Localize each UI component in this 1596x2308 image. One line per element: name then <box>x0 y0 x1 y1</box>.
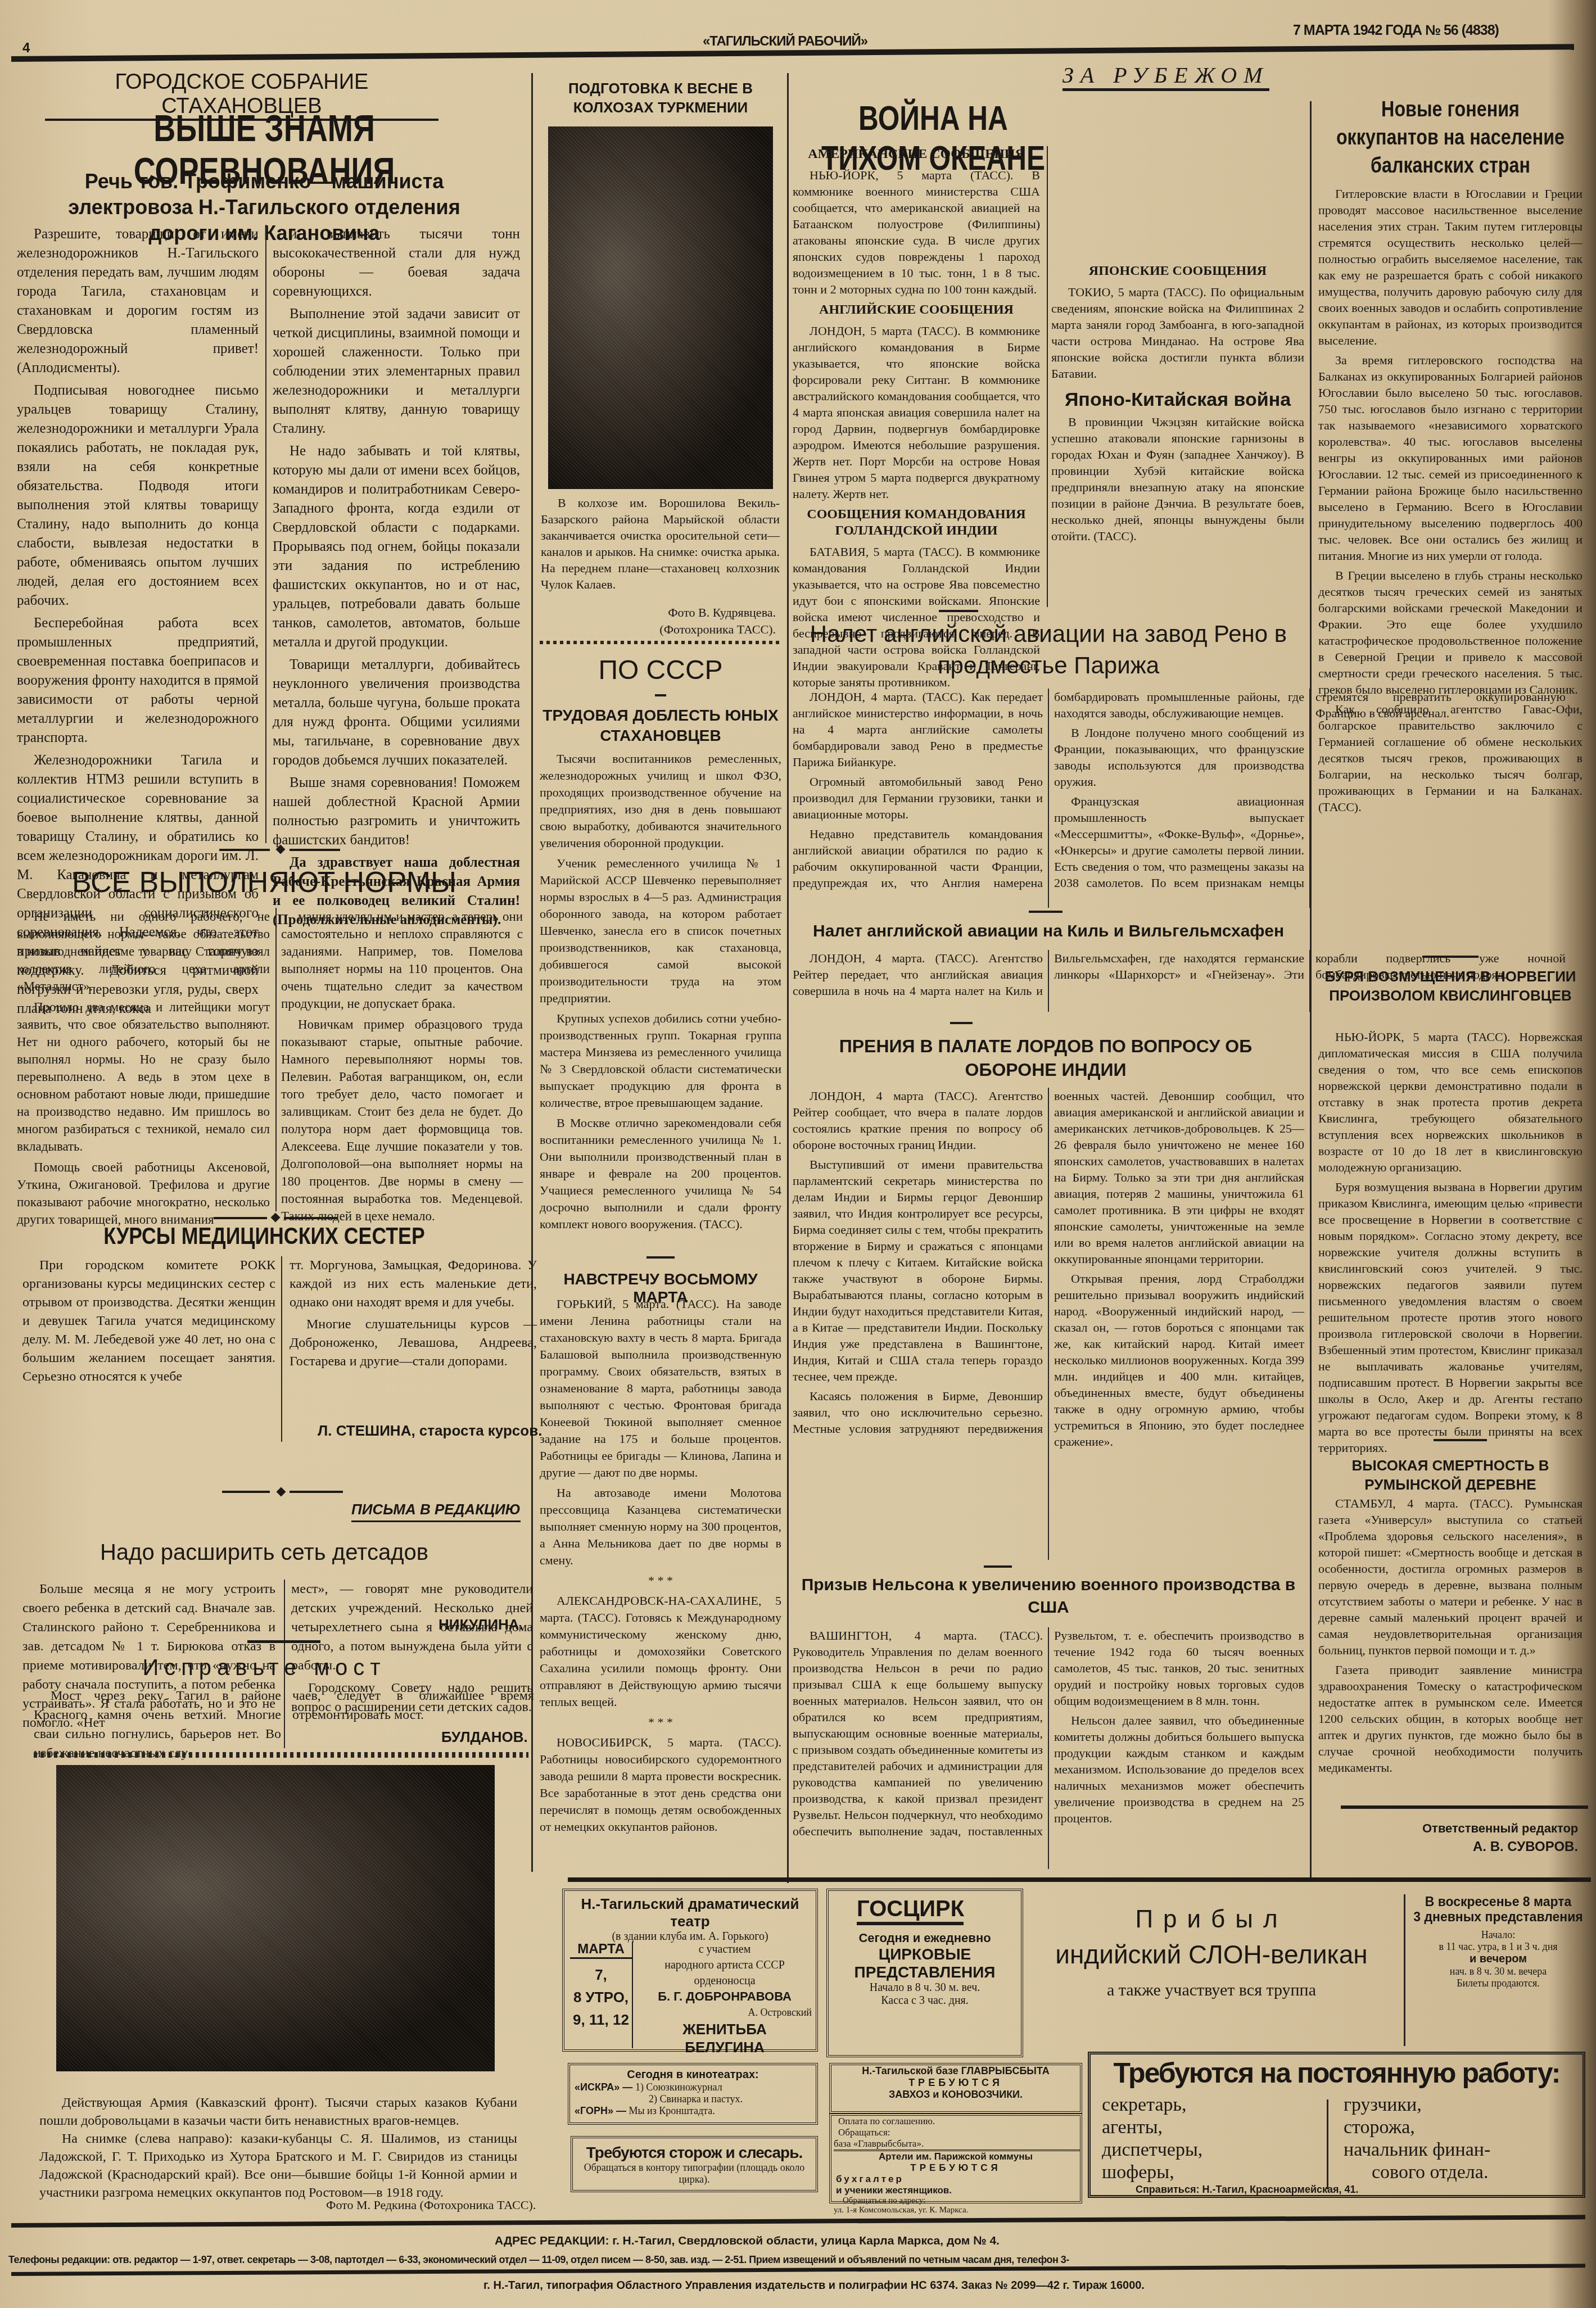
job-item: сторожа, <box>1344 2116 1580 2139</box>
paragraph: Выступивший от имени правительства парла… <box>793 1156 1043 1384</box>
paragraph: ТОКИО, 5 марта (ТАСС). По официальным св… <box>1051 284 1304 382</box>
separator <box>1434 1439 1487 1441</box>
ad-line: с участием <box>638 1942 812 1957</box>
headline: Призыв Нельсона к увеличению военного пр… <box>793 1574 1304 1619</box>
ad-watchman: Требуются сторож и слесарь. Обращаться в… <box>571 2136 818 2192</box>
rubric-letters: ПИСЬМА В РЕДАКЦИЮ <box>351 1501 521 1522</box>
ad-line: нач. в 8 ч. 30 м. вечера <box>1408 1966 1588 1977</box>
headline: Налет английской авиации на Киль и Вильг… <box>793 922 1304 941</box>
paragraph: Мост через реку Тагил в районе Красного … <box>34 1686 281 1763</box>
article-body: Не иметь ни одного рабочего, не выполняю… <box>17 908 270 1232</box>
footer-imprint: г. Н.-Тагил, типография Областного Управ… <box>483 2279 1145 2292</box>
article-body: ВАШИНГТОН, 4 марта. (ТАСС). Руководитель… <box>793 1627 1304 1869</box>
separator <box>950 1022 973 1024</box>
job-item: шоферы, <box>1102 2161 1327 2184</box>
separator <box>655 694 666 696</box>
paragraph: тт. Моргунова, Замыцкая, Федоринова. У к… <box>290 1256 537 1312</box>
job-item: агенты, <box>1102 2116 1327 2139</box>
ad-title: Н.-Тагильский драматический театр <box>564 1895 816 1930</box>
separator <box>1422 956 1479 958</box>
paragraph: Газета приводит заявление министра здрав… <box>1318 1662 1583 1776</box>
ad-film: Мы из Кронштадта. <box>629 2105 715 2116</box>
ad-contact: Справиться: Н.-Тагил, Красноармейская, 4… <box>1136 2184 1359 2196</box>
divider <box>787 73 789 1883</box>
ad-jobs-left: секретарь, агенты, диспетчеры, шоферы, <box>1102 2094 1327 2184</box>
ad-sunday: В воскресенье 8 марта 3 дневных представ… <box>1408 1894 1588 1989</box>
ad-circus: ГОСЦИРК Сегодня и ежедневно ЦИРКОВЫЕ ПРЕ… <box>826 1889 1023 2057</box>
paragraph: СТАМБУЛ, 4 марта. (ТАСС). Румынская газе… <box>1318 1495 1583 1658</box>
ad-author: А. Островский <box>638 2004 812 2020</box>
headline: ПРЕНИЯ В ПАЛАТЕ ЛОРДОВ ПО ВОПРОСУ ОБ ОБО… <box>832 1034 1259 1081</box>
ad-line: Обращаться в контору типографии (площадь… <box>573 2162 816 2185</box>
ad-play: БЕЛУГИНА <box>638 2038 812 2056</box>
separator <box>214 1217 267 1219</box>
paragraph: ЛОНДОН, 5 марта (ТАСС). В коммюнике англ… <box>793 323 1040 502</box>
ad-dates: МАРТА 7, 8 УТРО, 9, 11, 12 <box>570 1942 633 2048</box>
separator <box>247 1640 320 1643</box>
ad-title: Требуются сторож и слесарь. <box>573 2144 816 2162</box>
newspaper-name: «ТАГИЛЬСКИЙ РАБОЧИЙ» <box>703 34 867 49</box>
paragraph: Бесперебойная работа всех промышленных п… <box>17 614 259 748</box>
paragraph: Ученик ремесленного училища № 1 Марийско… <box>540 855 781 1007</box>
ad-title: Сегодня в кинотеатрах: <box>570 2069 816 2081</box>
paragraph: В провинции Чжэцзян китайские войска усп… <box>1051 414 1304 544</box>
newspaper-page: 4 «ТАГИЛЬСКИЙ РАБОЧИЙ» 7 МАРТА 1942 ГОДА… <box>0 0 1596 2308</box>
ad-line: ПРЕДСТАВЛЕНИЯ <box>829 1963 1021 1981</box>
separator <box>1341 1805 1588 1809</box>
paragraph: Выше знамя соревнования! Поможем нашей д… <box>273 773 520 850</box>
ad-line: орденоносца <box>638 1973 812 1989</box>
page-number: 4 <box>22 40 30 56</box>
ad-line: Начало в 8 ч. 30 м. веч. <box>829 1981 1021 1994</box>
article-body: ЯПОНСКИЕ СООБЩЕНИЯ ТОКИО, 5 марта (ТАСС)… <box>1051 146 1304 547</box>
editor-label: Ответственный редактор <box>1422 1821 1578 1836</box>
separator <box>222 1491 270 1493</box>
ad-artist: Б. Г. ДОБРОНРАВОВА <box>638 1989 812 2004</box>
separator <box>290 849 340 851</box>
ad-cinema-name: «ИСКРА» — <box>575 2081 632 2093</box>
footer-phones: Телефоны редакции: отв. редактор — 1-97,… <box>8 2254 1069 2266</box>
photo-cossacks <box>56 1765 495 2071</box>
paragraph: ГОРЬКИЙ, 5 марта. (ТАСС). На заводе имен… <box>540 1296 781 1481</box>
paragraph: Разрешите, товарищи, от имени железнодор… <box>17 225 259 378</box>
asterisks: * * * <box>540 1572 781 1589</box>
headline: ВСЕ ВЫПОЛНЯЮТ НОРМЫ <box>34 866 495 899</box>
ad-date: 7, <box>570 1963 632 1986</box>
article-body: мания уделял им и мастер, а теперь они с… <box>281 908 523 1228</box>
job-item: грузчики, <box>1344 2094 1580 2116</box>
paragraph: Буря возмущения вызвана в Норвегии други… <box>1318 1179 1583 1456</box>
ad-line: Билеты продаются. <box>1408 1977 1588 1989</box>
article-body: ЛОНДОН, 4 марта (ТАСС). Агентство Рейтер… <box>793 1088 1304 1560</box>
headline: Надо расширить сеть детсадов <box>34 1540 495 1565</box>
article-body: тт. Моргунова, Замыцкая, Федоринова. У к… <box>290 1256 537 1374</box>
ad-line: и ученики жестянщиков. <box>836 2185 1080 2196</box>
signature: Л. СТЕШИНА, староста курсов. <box>318 1422 542 1440</box>
ads-top-rule <box>568 1877 1591 1882</box>
ad-line: 3 дневных представления <box>1408 1909 1588 1925</box>
paragraph: Гитлеровские власти в Югославии и Греции… <box>1318 185 1583 349</box>
headline: Налет английской авиации на завод Рено в… <box>793 618 1304 681</box>
ad-line: Оплата по соглашению. <box>838 2116 1080 2127</box>
caption-paragraph: Действующая Армия (Кавказский фронт). Ты… <box>39 2094 517 2130</box>
separator <box>290 1491 343 1493</box>
subheading: СООБЩЕНИЯ КОМАНДОВАНИЯ ГОЛЛАНДСКОЙ ИНДИИ <box>793 506 1040 539</box>
ad-line: и вечером <box>1408 1953 1588 1966</box>
article-body: чаев, следует в ближайшее время отремонт… <box>292 1686 534 1728</box>
separator <box>646 1256 675 1259</box>
wavy-rule <box>540 641 781 644</box>
article-body: Гитлеровские власти в Югославии и Греции… <box>1318 185 1583 818</box>
divider <box>275 908 277 1211</box>
paragraph: ЛОНДОН, 4 марта. (ТАСС). Как передает ан… <box>793 689 1043 770</box>
divider <box>1310 101 1312 1877</box>
ad-title: ГОСЦИРК <box>857 1897 964 1925</box>
paragraph: В Лондоне получено много сообщений из Фр… <box>1054 725 1304 790</box>
article-body: ЛОНДОН, 4 марта. (ТАСС). Агентство Рейте… <box>793 950 1304 1012</box>
divider <box>1404 1894 1405 2046</box>
photo-credit: Фото М. Редкина (Фотохроника ТАСС). <box>326 2198 536 2212</box>
paragraph: Не надо забывать и той клятвы, которую м… <box>273 442 520 652</box>
article-body: АМЕРИКАНСКИЕ СООБЩЕНИЯ НЬЮ-ЙОРК, 5 марта… <box>793 146 1040 694</box>
paragraph: В Греции выселено в глубь страны несколь… <box>1318 567 1583 698</box>
article-body: При городском комитете РОКК организованы… <box>22 1256 275 1390</box>
divider <box>1327 2099 1328 2189</box>
ad-line: Обращаться: <box>838 2127 1080 2138</box>
wavy-rule <box>34 1752 528 1758</box>
separator <box>984 1565 1012 1568</box>
subheading: АНГЛИЙСКИЕ СООБЩЕНИЯ <box>793 302 1040 318</box>
ad-line: Н.-Тагильской базе ГЛАВРЫБСБЫТА <box>831 2065 1080 2077</box>
ad-film: 1) Союзкиножурнал <box>635 2081 722 2093</box>
ad-line: Касса с 3 час. дня. <box>829 1994 1021 2007</box>
photo-caption: Действующая Армия (Кавказский фронт). Ты… <box>39 2094 517 2202</box>
divider <box>265 225 266 843</box>
paragraph: Многие слушательницы курсов — Доброножен… <box>290 1315 537 1371</box>
ad-line: индийский СЛОН-великан <box>1029 1939 1394 1970</box>
paragraph: Товарищи металлурги, добивайтесь неуклон… <box>273 655 520 770</box>
headline: КУРСЫ МЕДИЦИНСКИХ СЕСТЕР <box>69 1223 460 1250</box>
paragraph: АЛЕКСАНДРОВСК-НА-САХАЛИНЕ, 5 марта. (ТАС… <box>540 1592 781 1710</box>
article-body: СТАМБУЛ, 4 марта. (ТАСС). Румынская газе… <box>1318 1495 1583 1779</box>
divider <box>281 1256 282 1442</box>
article-body: ЛОНДОН, 4 марта. (ТАСС). Как передает ан… <box>793 689 1304 908</box>
paragraph: На автозаводе имени Молотова прессовщица… <box>540 1485 781 1569</box>
subheading: АМЕРИКАНСКИЕ СООБЩЕНИЯ <box>793 146 1040 162</box>
ad-jobs-right: грузчики, сторожа, начальник финан- сово… <box>1344 2094 1580 2184</box>
article-body: ГОРЬКИЙ, 5 марта. (ТАСС). На заводе имен… <box>540 1296 781 1839</box>
ad-line: В воскресенье 8 марта <box>1408 1894 1588 1909</box>
separator <box>219 849 270 851</box>
job-item: диспетчеры, <box>1102 2139 1327 2161</box>
separator <box>939 610 978 612</box>
ad-line: ЗАВХОЗ и КОНОВОЗЧИКИ. <box>831 2089 1080 2101</box>
paragraph: Как сообщило агентство Гавас-Офи, болгар… <box>1318 701 1583 815</box>
headline: Исправьте мост <box>34 1655 495 1681</box>
ad-line: Прибыл <box>1029 1906 1394 1934</box>
ad-line: в 11 час. утра, в 1 и 3 ч. дня <box>1408 1941 1588 1953</box>
paragraph: Нельсон далее заявил, что объединенные к… <box>1054 1712 1304 1826</box>
separator <box>1029 911 1063 913</box>
separator <box>284 1217 337 1219</box>
signature: НИКУЛИНА. <box>438 1616 523 1633</box>
paragraph: и выплавить тысячи тонн высококачественн… <box>273 225 520 301</box>
paragraph: Открывая прения, лорд Страболджи решител… <box>1054 1270 1304 1450</box>
paragraph: Не иметь ни одного рабочего, не выполняю… <box>17 908 270 995</box>
ad-jobs: Требуются на постоянную работу: секретар… <box>1088 2052 1585 2198</box>
article-body: НЬЮ-ЙОРК, 5 марта (ТАСС). Норвежская дип… <box>1318 1029 1583 1459</box>
headline: Новые гонения оккупантов на население ба… <box>1336 96 1565 180</box>
paragraph: мания уделял им и мастер, а теперь они с… <box>281 908 523 1012</box>
ad-theater: Н.-Тагильский драматический театр (в зда… <box>562 1889 818 2052</box>
ad-line: ТРЕБУЮТСЯ <box>831 2162 1080 2174</box>
headline: Японо-Китайская война <box>1051 392 1304 408</box>
headline: ВЫСОКАЯ СМЕРТНОСТЬ В РУМЫНСКОЙ ДЕРЕВНЕ <box>1318 1456 1583 1494</box>
headline: БУРЯ ВОЗМУЩЕНИЯ В НОРВЕГИИ ПРОИЗВОЛОМ КВ… <box>1318 967 1583 1005</box>
footer-address: АДРЕС РЕДАКЦИИ: г. Н.-Тагил, Свердловско… <box>495 2234 1000 2248</box>
ad-line: ЦИРКОВЫЕ <box>829 1945 1021 1963</box>
ad-line: бухгалтер <box>836 2174 1080 2185</box>
ad-details: с участием народного артиста СССР ордено… <box>638 1942 812 2056</box>
ad-line: ТРЕБУЮТСЯ <box>831 2077 1080 2089</box>
ad-line: база «Главрыбсбыта». <box>834 2138 1080 2151</box>
ad-line: ул. 1-я Комсомольская, уг. К. Маркса. <box>834 2206 1080 2215</box>
paragraph: За время гитлеровского господства на Бал… <box>1318 352 1583 564</box>
signature: БУЛДАНОВ. <box>441 1728 528 1746</box>
divider <box>1047 146 1048 607</box>
photo-caption: В колхозе им. Ворошилова Векиль-Базарско… <box>541 495 780 592</box>
rubric-abroad: ЗА РУБЕЖОМ <box>1063 62 1269 91</box>
ad-line: а также участвует вся труппа <box>1029 1981 1394 2000</box>
article-body: Тысячи воспитанников ремесленных, железн… <box>540 750 781 1236</box>
paragraph: Огромный автомобильный завод Рено произв… <box>793 773 1043 822</box>
paragraph: Тысячи воспитанников ремесленных, железн… <box>540 750 781 852</box>
ad-fishbase: Н.-Тагильской базе ГЛАВРЫБСБЫТА ТРЕБУЮТС… <box>829 2063 1082 2114</box>
paragraph: При городском комитете РОКК организованы… <box>22 1256 275 1386</box>
headline: ТРУДОВАЯ ДОБЛЕСТЬ ЮНЫХ СТАХАНОВЦЕВ <box>537 705 784 746</box>
paragraph: НОВОСИБИРСК, 5 марта. (ТАСС). Работницы … <box>540 1734 781 1835</box>
photo-title: ПОДГОТОВКА К ВЕСНЕ В КОЛХОЗАХ ТУРКМЕНИИ <box>537 79 784 117</box>
paragraph: ЛОНДОН, 4 марта (ТАСС). Агентство Рейтер… <box>793 1088 1043 1153</box>
paragraph: В Москве отлично зарекомендовали себя во… <box>540 1115 781 1233</box>
ad-date: 9, 11, 12 <box>570 2008 632 2031</box>
job-item: начальник финан- <box>1344 2139 1580 2161</box>
ad-film: 2) Свинарка и пастух. <box>649 2093 816 2105</box>
separator-diamond <box>277 1487 286 1497</box>
paragraph: чаев, следует в ближайшее время отремонт… <box>292 1686 534 1725</box>
ad-date: 8 УТРО, <box>570 1986 632 2008</box>
ad-cinema: Сегодня в кинотеатрах: «ИСКРА» — 1) Союз… <box>568 2063 818 2125</box>
job-item: секретарь, <box>1102 2094 1327 2116</box>
caption-paragraph: На снимке (слева направо): казаки-кубанц… <box>39 2130 517 2202</box>
paragraph: Прошло два месяца и литейщики могут заяв… <box>17 998 270 1155</box>
footer-rule <box>11 2215 1585 2228</box>
ad-line: Артели им. Парижской коммуны <box>831 2151 1080 2162</box>
paragraph: Новичкам пример образцового труда показы… <box>281 1016 523 1225</box>
separator-diamond <box>271 1213 281 1223</box>
ad-cinema-name: «ГОРН» — <box>575 2105 626 2116</box>
article-body: и выплавить тысячи тонн высококачественн… <box>273 225 520 933</box>
issue-date: 7 МАРТА 1942 ГОДА № 56 (4838) <box>1293 22 1499 39</box>
ad-line: Обращаться по адресу: <box>843 2196 1080 2206</box>
paragraph: НЬЮ-ЙОРК, 5 марта (ТАСС). В коммюнике во… <box>793 167 1040 297</box>
paragraph: Подписывая новогоднее письмо уральцев то… <box>17 381 259 610</box>
subheading: ЯПОНСКИЕ СООБЩЕНИЯ <box>1051 263 1304 279</box>
job-item: сового отдела. <box>1344 2161 1580 2184</box>
ad-line: Сегодня и ежедневно <box>829 1931 1021 1945</box>
ad-play: ЖЕНИТЬБА <box>638 2020 812 2038</box>
continuation-spacer <box>1051 146 1304 259</box>
ad-artel: Оплата по соглашению. Обращаться: база «… <box>829 2114 1082 2203</box>
photo-turkmenia <box>548 126 773 489</box>
article-body: Разрешите, товарищи, от имени железнодор… <box>17 225 259 1022</box>
paragraph: НЬЮ-ЙОРК, 5 марта (ТАСС). Норвежская дип… <box>1318 1029 1583 1175</box>
ad-month: МАРТА <box>570 1942 632 1959</box>
paragraph: Крупных успехов добились сотни учебно-пр… <box>540 1010 781 1111</box>
ad-line: народного артиста СССР <box>638 1957 812 1973</box>
ad-title: Требуются на постоянную работу: <box>1091 2057 1583 2089</box>
ad-line: Начало: <box>1408 1929 1588 1941</box>
ad-elephant: Прибыл индийский СЛОН-великан а также уч… <box>1029 1891 1394 2043</box>
editor-name: А. В. СУВОРОВ. <box>1473 1839 1578 1855</box>
photo-credit: Фото В. Кудрявцева. (Фотохроника ТАСС). <box>607 604 776 638</box>
asterisks: * * * <box>540 1714 781 1731</box>
rubric-ussr: ПО СССР <box>537 655 784 686</box>
paragraph: Выполнение этой задачи зависит от четкой… <box>273 305 520 438</box>
